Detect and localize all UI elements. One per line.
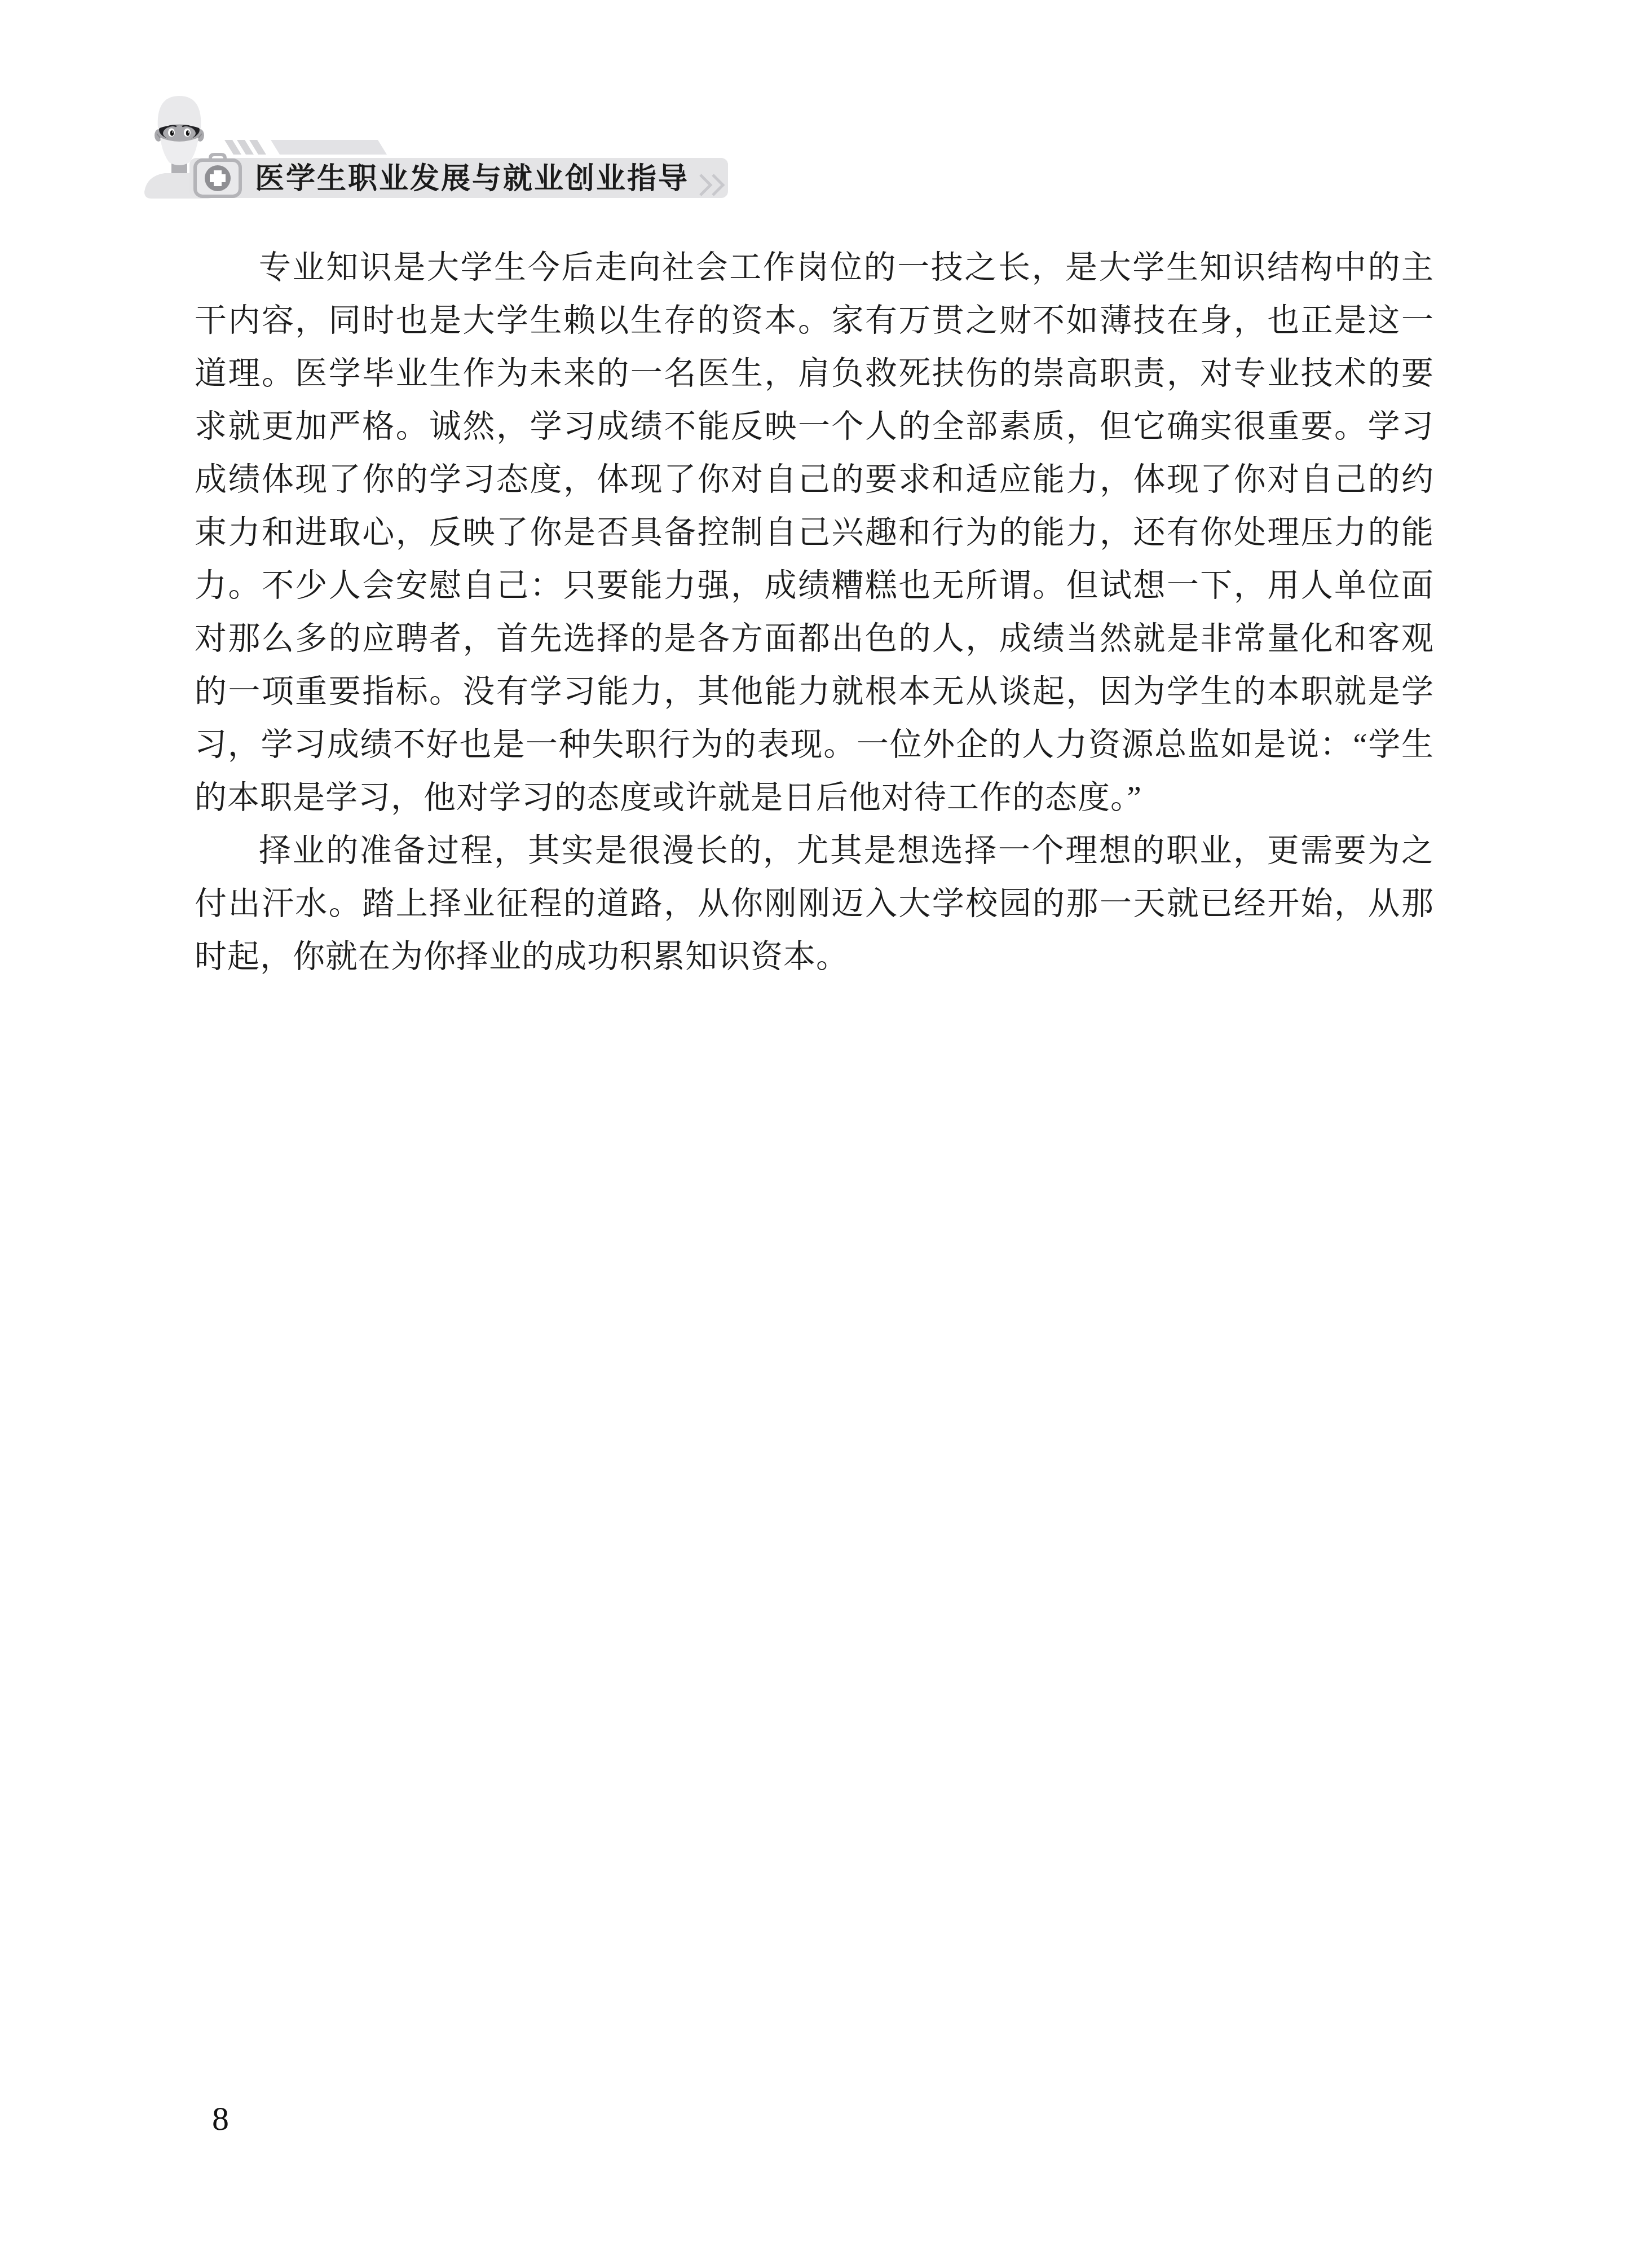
page-number: 8 xyxy=(212,2099,229,2138)
double-chevron-icon xyxy=(698,174,726,196)
first-aid-kit-icon xyxy=(193,152,242,199)
decorative-stripes xyxy=(224,140,387,155)
paragraph-1: 专业知识是大学生今后走向社会工作岗位的一技之长，是大学生知识结构中的主干内容，同… xyxy=(195,241,1434,825)
paragraph-2: 择业的准备过程，其实是很漫长的，尤其是想选择一个理想的职业，更需要为之付出汗水。… xyxy=(195,825,1434,984)
book-page: 医学生职业发展与就业创业指导 专业知识是大学生今后走向社会工作岗位的一技之长，是… xyxy=(0,0,1628,2268)
body-text: 专业知识是大学生今后走向社会工作岗位的一技之长，是大学生知识结构中的主干内容，同… xyxy=(195,241,1434,984)
header-title: 医学生职业发展与就业创业指导 xyxy=(255,162,689,196)
